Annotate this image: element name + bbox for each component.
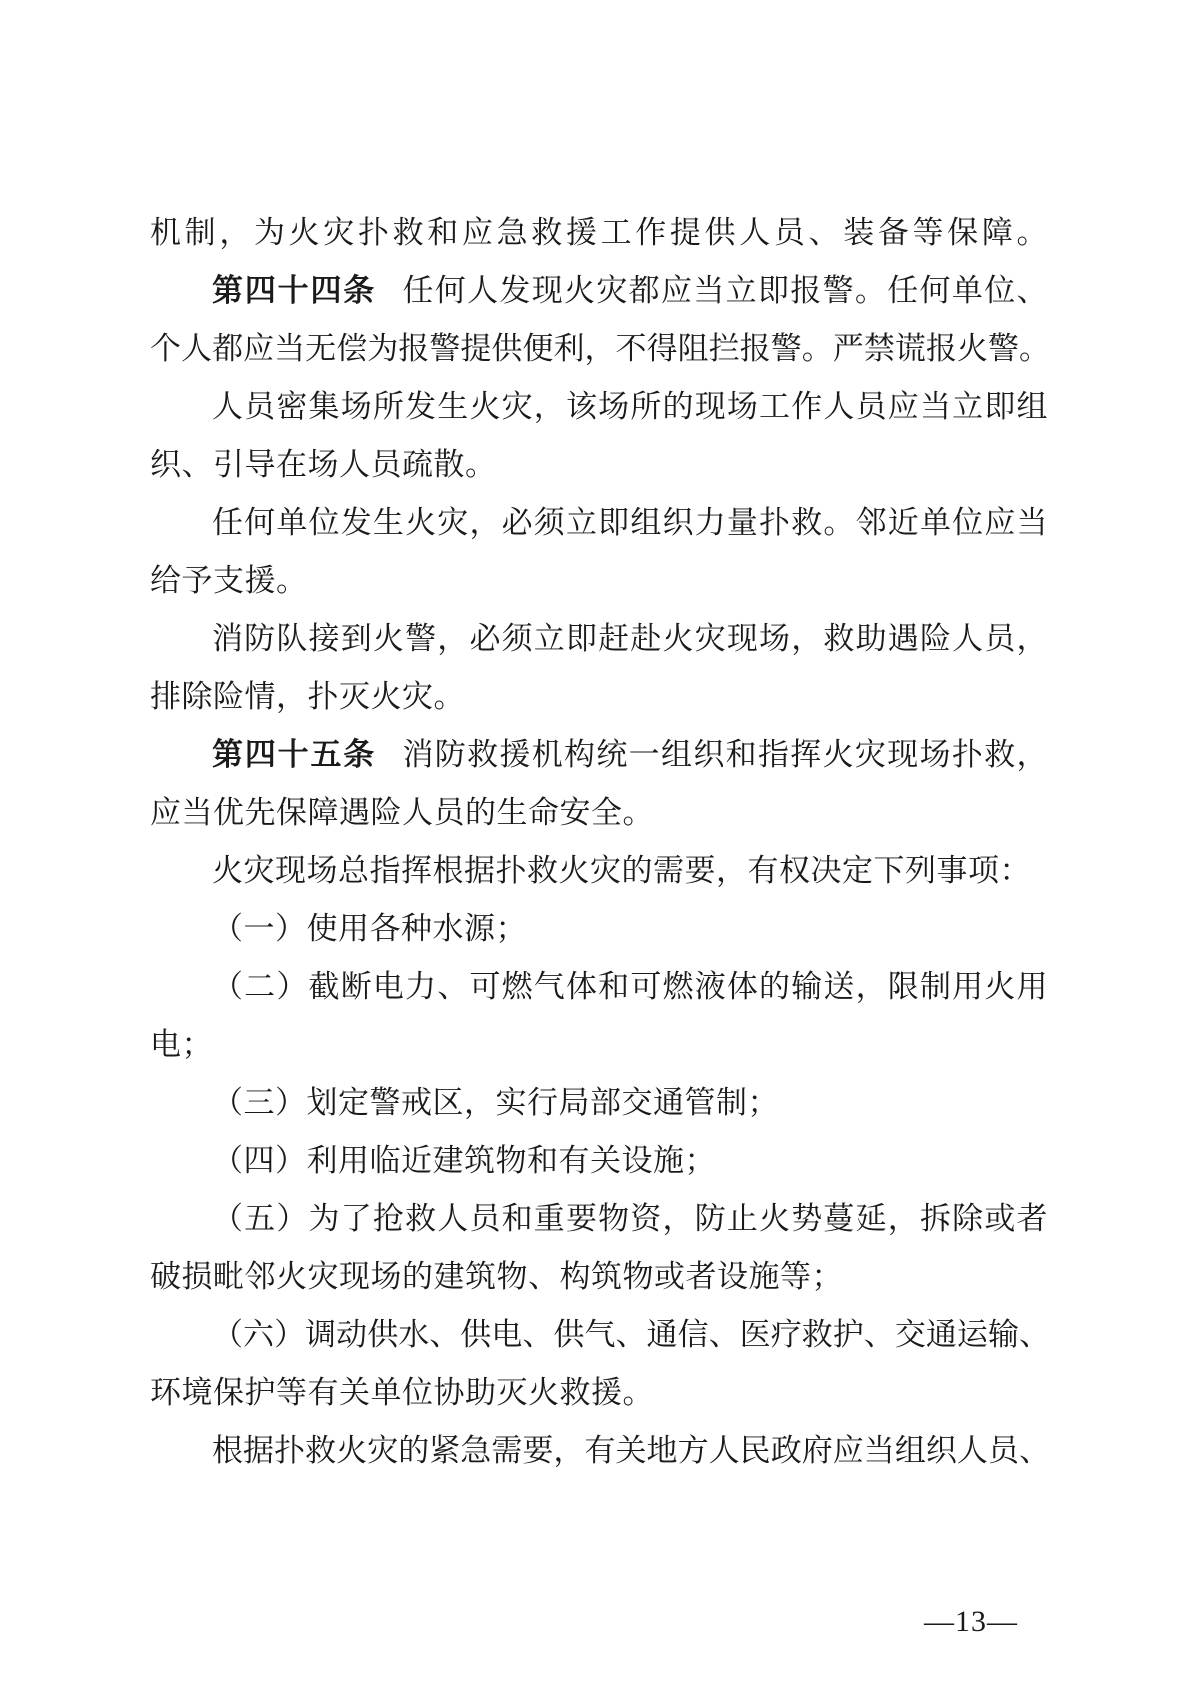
text-run: 排除险情，扑灭火灾。: [150, 679, 465, 714]
text-run: （五）为了抢救人员和重要物资，防止火势蔓延，拆除或者: [212, 1201, 1048, 1236]
text-line: 破损毗邻火灾现场的建筑物、构筑物或者设施等；: [150, 1248, 1048, 1306]
text-run: 人员密集场所发生火灾，该场所的现场工作人员应当立即组: [212, 389, 1048, 424]
text-line: 个人都应当无偿为报警提供便利，不得阻拦报警。严禁谎报火警。: [150, 320, 1048, 378]
text-run: 任何单位发生火灾，必须立即组织力量扑救。邻近单位应当: [212, 505, 1048, 540]
text-line: 电；: [150, 1016, 1048, 1074]
text-line: 给予支援。: [150, 552, 1048, 610]
text-run: （二）截断电力、可燃气体和可燃液体的输送，限制用火用: [212, 969, 1048, 1004]
text-run: 给予支援。: [150, 563, 308, 598]
text-run: 个人都应当无偿为报警提供便利，不得阻拦报警。严禁谎报火警。: [150, 331, 1048, 366]
text-run: 应当优先保障遇险人员的生命安全。: [150, 795, 654, 830]
text-run: 织、引导在场人员疏散。: [150, 447, 497, 482]
text-run: 任何人发现火灾都应当立即报警。任何单位、: [402, 273, 1048, 308]
text-line: 织、引导在场人员疏散。: [150, 436, 1048, 494]
text-line: 应当优先保障遇险人员的生命安全。: [150, 784, 1048, 842]
text-line: 第四十五条消防救援机构统一组织和指挥火灾现场扑救，: [150, 726, 1048, 784]
text-run: （四）利用临近建筑物和有关设施；: [212, 1143, 716, 1178]
text-line: 任何单位发生火灾，必须立即组织力量扑救。邻近单位应当: [150, 494, 1048, 552]
text-run: （三）划定警戒区，实行局部交通管制；: [212, 1085, 779, 1120]
text-line: （四）利用临近建筑物和有关设施；: [150, 1132, 1048, 1190]
text-line: （六）调动供水、供电、供气、通信、医疗救护、交通运输、: [150, 1306, 1048, 1364]
text-run: 电；: [150, 1027, 213, 1062]
text-line: 消防队接到火警，必须立即赶赴火灾现场，救助遇险人员，: [150, 610, 1048, 668]
text-line: 人员密集场所发生火灾，该场所的现场工作人员应当立即组: [150, 378, 1048, 436]
text-run: 根据扑救火灾的紧急需要，有关地方人民政府应当组织人员、: [212, 1433, 1048, 1468]
text-line: （五）为了抢救人员和重要物资，防止火势蔓延，拆除或者: [150, 1190, 1048, 1248]
text-line: 第四十四条任何人发现火灾都应当立即报警。任何单位、: [150, 262, 1048, 320]
text-line: 排除险情，扑灭火灾。: [150, 668, 1048, 726]
text-line: 环境保护等有关单位协助灭火救援。: [150, 1364, 1048, 1422]
text-run: （六）调动供水、供电、供气、通信、医疗救护、交通运输、: [212, 1317, 1048, 1352]
text-line: 根据扑救火灾的紧急需要，有关地方人民政府应当组织人员、: [150, 1422, 1048, 1480]
text-run: 消防救援机构统一组织和指挥火灾现场扑救，: [402, 737, 1048, 772]
page-number: —13—: [924, 1602, 1018, 1642]
text-run: 火灾现场总指挥根据扑救火灾的需要，有权决定下列事项：: [212, 853, 1031, 888]
article-number: 第四十五条: [212, 737, 376, 772]
text-line: 机制，为火灾扑救和应急救援工作提供人员、装备等保障。: [150, 204, 1048, 262]
text-run: （一）使用各种水源；: [212, 911, 527, 946]
text-line: 火灾现场总指挥根据扑救火灾的需要，有权决定下列事项：: [150, 842, 1048, 900]
text-run: 机制，为火灾扑救和应急救援工作提供人员、装备等保障。: [150, 215, 1048, 250]
text-run: 破损毗邻火灾现场的建筑物、构筑物或者设施等；: [150, 1259, 843, 1294]
text-line: （一）使用各种水源；: [150, 900, 1048, 958]
text-line: （二）截断电力、可燃气体和可燃液体的输送，限制用火用: [150, 958, 1048, 1016]
text-line: （三）划定警戒区，实行局部交通管制；: [150, 1074, 1048, 1132]
document-body: 机制，为火灾扑救和应急救援工作提供人员、装备等保障。第四十四条任何人发现火灾都应…: [150, 204, 1048, 1480]
article-number: 第四十四条: [212, 273, 376, 308]
document-page: 机制，为火灾扑救和应急救援工作提供人员、装备等保障。第四十四条任何人发现火灾都应…: [0, 0, 1190, 1683]
text-run: 消防队接到火警，必须立即赶赴火灾现场，救助遇险人员，: [212, 621, 1048, 656]
text-run: 环境保护等有关单位协助灭火救援。: [150, 1375, 654, 1410]
